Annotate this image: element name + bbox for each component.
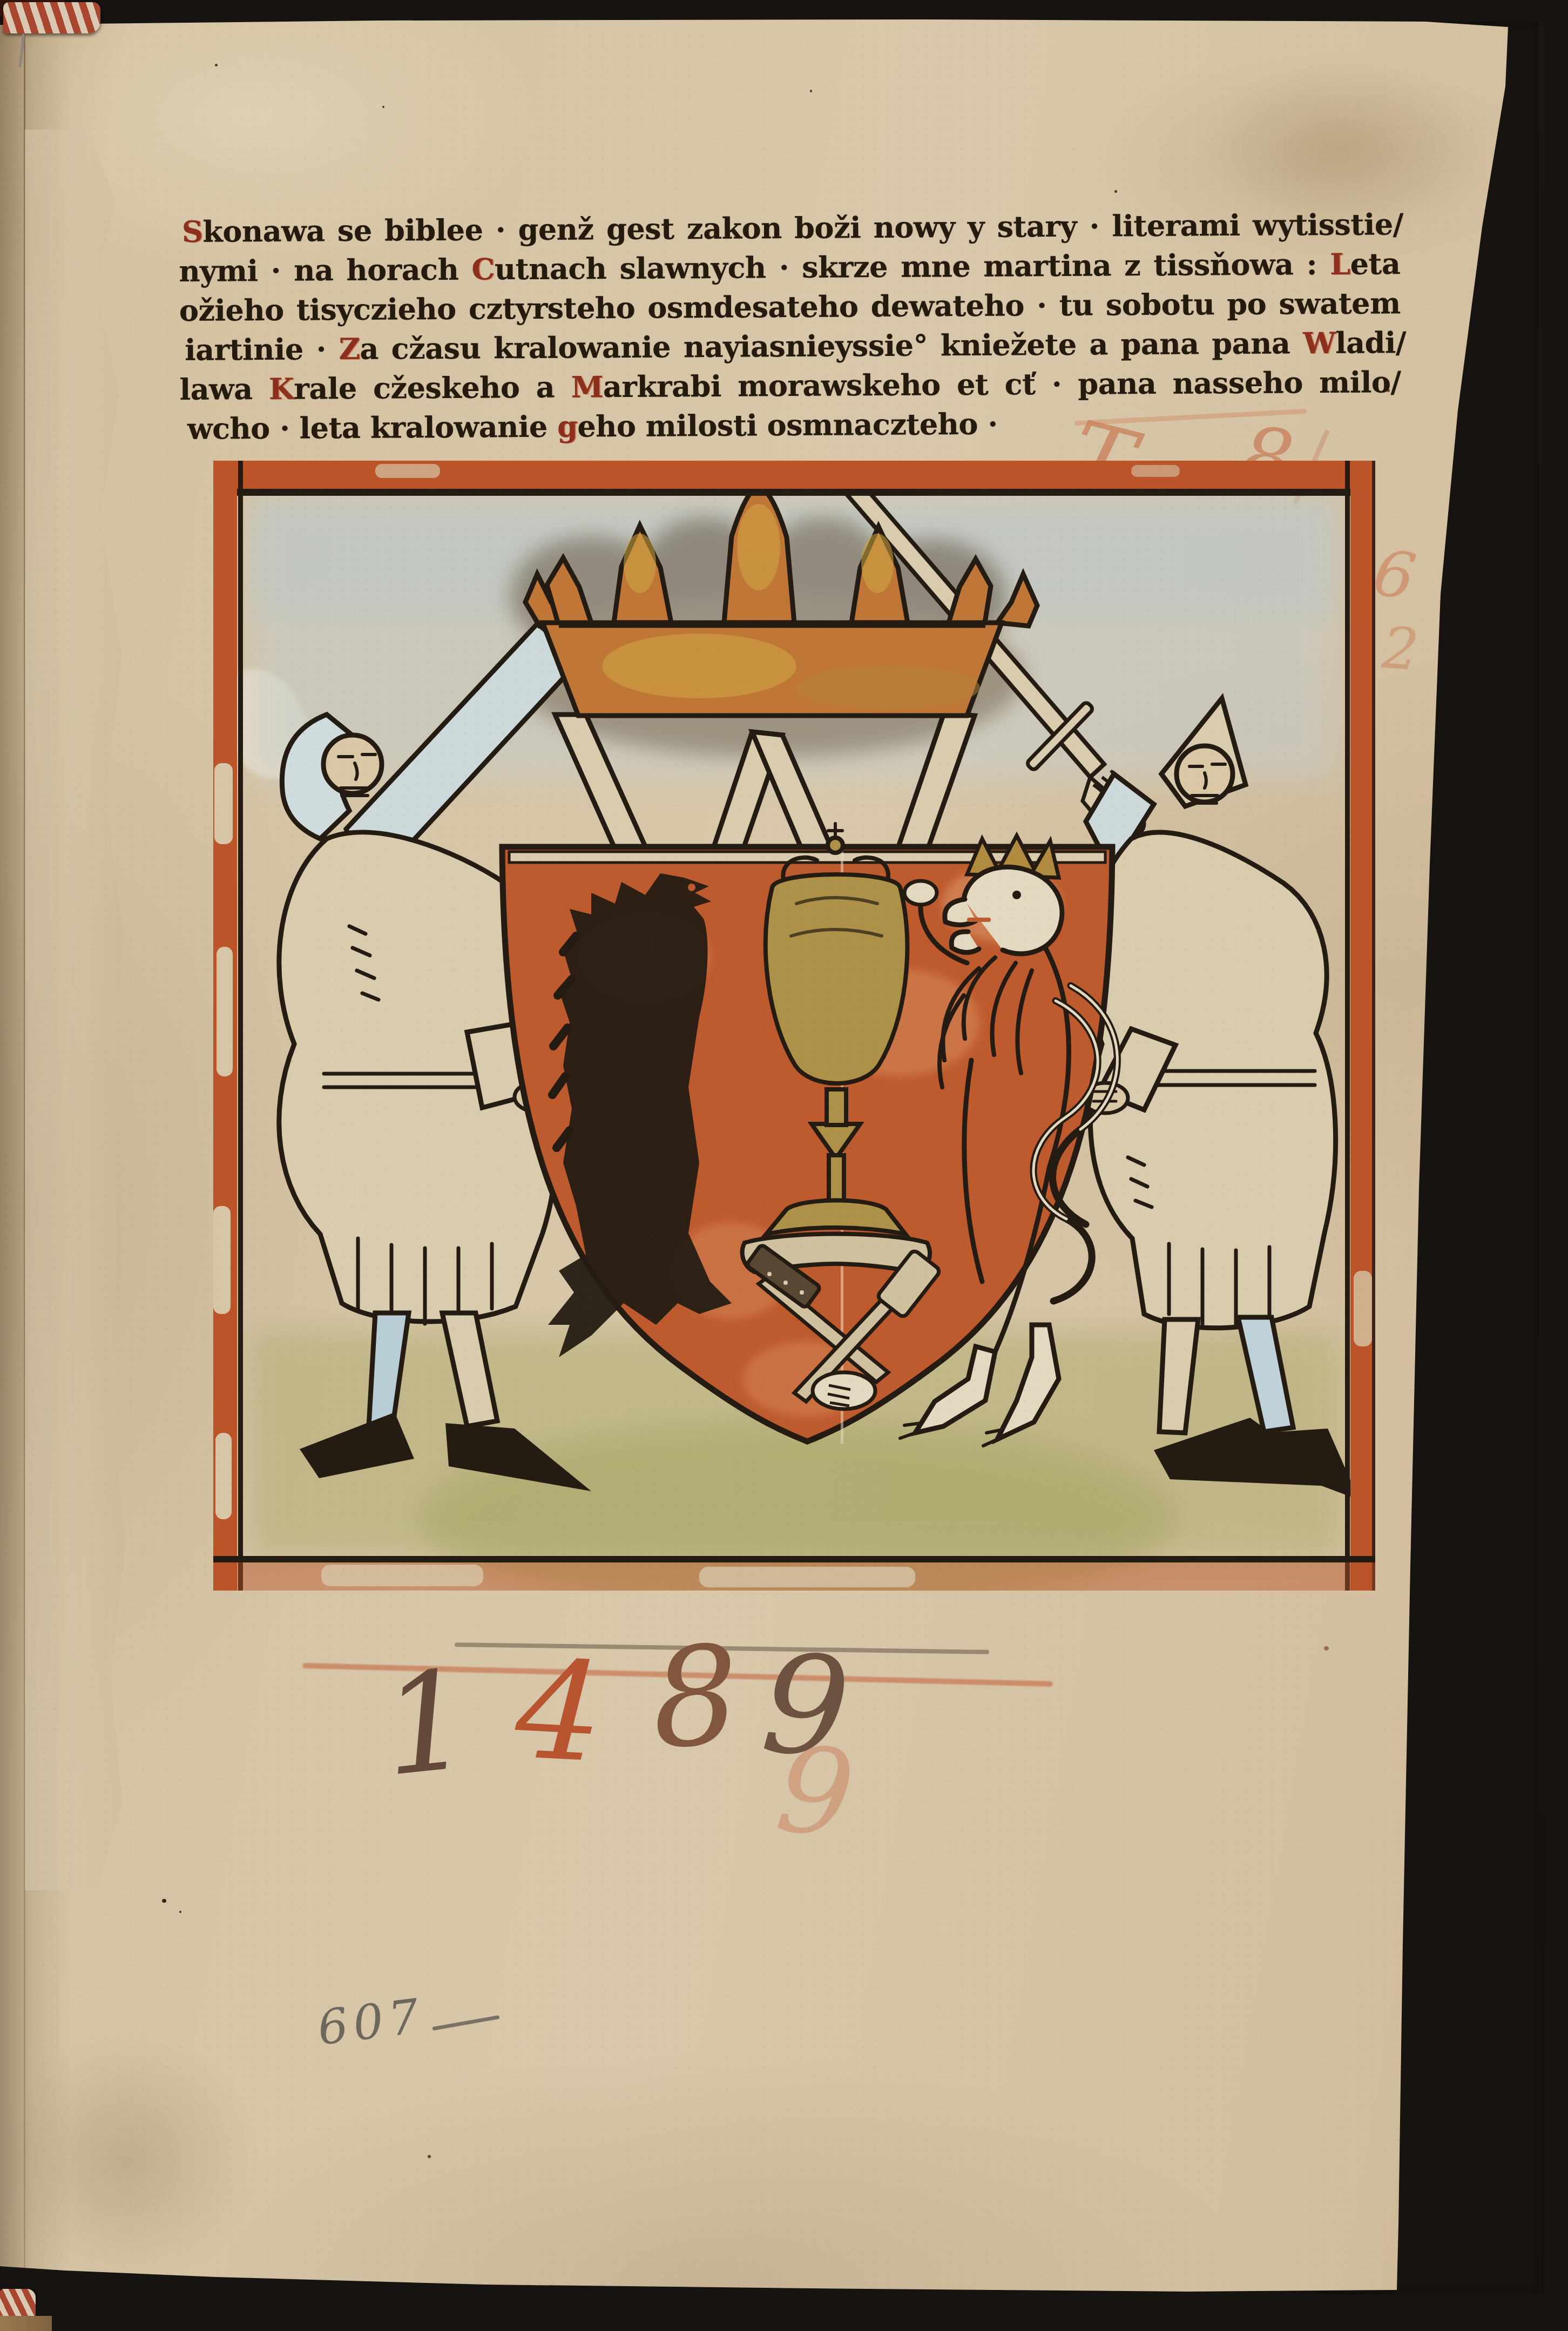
- year-digit: 1: [376, 1652, 477, 1796]
- wooden-board-edge: [0, 2316, 52, 2331]
- manuscript-page: Skonawa se biblee · genž gest zakon boži…: [0, 0, 1568, 2331]
- rubricated-initial: W: [1303, 326, 1336, 360]
- paper-speck: [215, 64, 218, 66]
- photo-backdrop: Skonawa se biblee · genž gest zakon boži…: [0, 0, 1568, 2331]
- paper-speck: [1114, 190, 1117, 193]
- endband-top: [3, 2, 100, 33]
- colophon-line: ožieho tisyczieho cztyrsteho osmdesateho…: [179, 284, 1401, 331]
- woodcut-illustration: [213, 461, 1375, 1591]
- ink-spot: [162, 1899, 166, 1903]
- year-digit: 8: [649, 1628, 742, 1768]
- rubricated-initial: g: [557, 409, 578, 443]
- year-digit: 9: [758, 1636, 854, 1778]
- bottom-stain: [0, 2036, 254, 2285]
- colophon-text: arkrabi morawskeho et cť · pana nasseho …: [603, 365, 1401, 404]
- rubricated-initial: C: [471, 252, 495, 286]
- rubricated-initial: M: [571, 369, 603, 404]
- colophon-text: rale cžeskeho a: [294, 369, 571, 406]
- colophon-text-block: Skonawa se biblee · genž gest zakon boži…: [179, 205, 1402, 449]
- paper-speck: [428, 2155, 431, 2158]
- colophon-line: Skonawa se biblee · genž gest zakon boži…: [179, 205, 1403, 252]
- pencil-number: 607: [314, 1988, 427, 2056]
- paper-speck: [382, 106, 384, 108]
- ink-spot: [179, 1911, 181, 1913]
- rubricated-initial: K: [269, 372, 294, 406]
- colophon-line: wcho · leta kralowanie geho milosti osmn…: [180, 402, 1401, 449]
- colophon-text: eta: [1350, 246, 1400, 281]
- rubricated-initial: S: [182, 214, 203, 249]
- pencil-dash: [432, 2015, 499, 2031]
- colophon-line: iartinie · Za cžasu kralowanie nayiasnie…: [179, 323, 1406, 370]
- year-digit: 4: [513, 1642, 606, 1782]
- paper-speck: [810, 90, 812, 92]
- rubricated-initial: Z: [339, 332, 360, 366]
- colophon-line: lawa Krale cžeskeho a Markrabi morawskeh…: [179, 362, 1401, 409]
- colophon-text: wcho · leta kralowanie: [187, 409, 557, 446]
- colophon-text: konawa se biblee · genž gest zakon boži …: [202, 207, 1403, 249]
- colophon-text: lawa: [179, 372, 269, 407]
- year-inscription-1489: 9 1489: [302, 1620, 1112, 1847]
- rubricated-initial: L: [1330, 247, 1350, 281]
- colophon-text: iartinie ·: [185, 332, 339, 367]
- colophon-text: a cžasu kralowanie nayiasnieyssie° kniež…: [360, 326, 1303, 366]
- colophon-text: ladi∕: [1335, 325, 1406, 360]
- red-margin-mark: 6: [1368, 535, 1421, 615]
- colophon-text: utnach slawnych · skrze mne martina z ti…: [495, 247, 1330, 286]
- water-stain: [25, 130, 127, 1890]
- paper-speck: [1324, 1646, 1329, 1650]
- colophon-text: eho milosti osmnaczteho ·: [577, 407, 998, 444]
- colophon-text: ožieho tisyczieho cztyrsteho osmdesateho…: [179, 286, 1401, 328]
- colophon-text: nymi · na horach: [179, 252, 471, 288]
- corner-stain: [1204, 65, 1485, 227]
- colophon-line: nymi · na horach Cutnach slawnych · skrz…: [179, 244, 1400, 291]
- red-margin-mark: 2: [1380, 615, 1421, 683]
